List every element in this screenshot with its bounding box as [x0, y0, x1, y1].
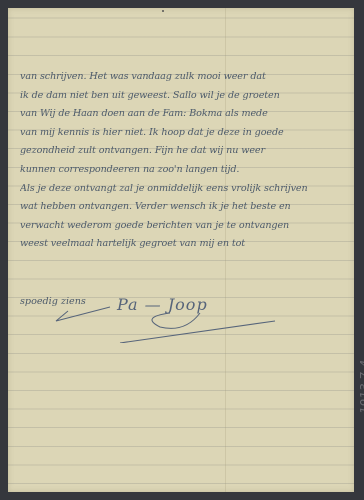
letter-line: Als je deze ontvangt zal je onmiddelijk …: [20, 180, 350, 199]
letter-body: van schrijven. Het was vandaag zulk mooi…: [20, 68, 350, 254]
archive-number: 1913 7-4: [358, 360, 364, 414]
letter-line: wat hebben ontvangen. Verder wensch ik j…: [20, 198, 350, 217]
letter-line: van Wij de Haan doen aan de Fam: Bokma a…: [20, 105, 350, 124]
signature: Pa — Joop: [117, 295, 208, 314]
letter-line: kunnen correspondeeren na zoo'n langen t…: [20, 161, 350, 180]
letter-line: verwacht wederom goede berichten van je …: [20, 217, 350, 236]
letter-line: van schrijven. Het was vandaag zulk mooi…: [20, 68, 350, 87]
letter-line: van mij kennis is hier niet. Ik hoop dat…: [20, 124, 350, 143]
ink-speck: [162, 10, 164, 12]
letter-paper: van schrijven. Het was vandaag zulk mooi…: [8, 8, 354, 492]
signature-block: spoedig ziens Pa — Joop: [20, 293, 350, 343]
letter-line: weest veelmaal hartelijk gegroet van mij…: [20, 235, 350, 254]
letter-line: ik de dam niet ben uit geweest. Sallo wi…: [20, 87, 350, 106]
letter-line: gezondheid zult ontvangen. Fijn he dat w…: [20, 142, 350, 161]
